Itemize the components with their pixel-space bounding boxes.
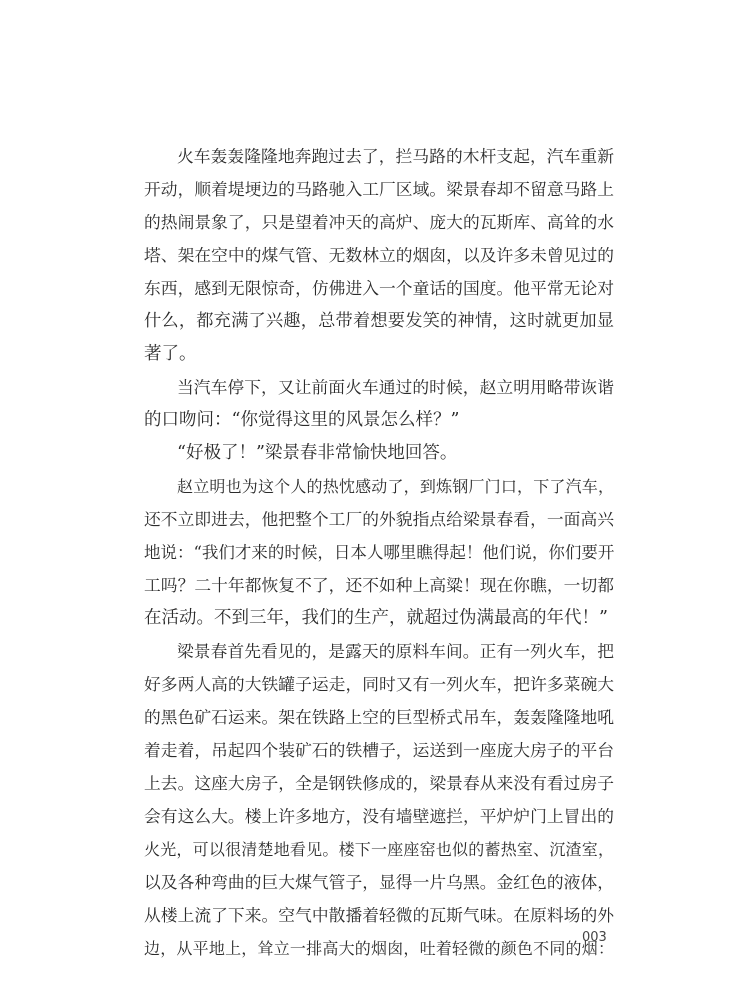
text-line: 的热闹景象了，只是望着冲天的高炉、庞大的瓦斯库、高耸的水 [144, 206, 614, 239]
page-number: 003 [582, 930, 607, 945]
text-line: “好极了！”梁景春非常愉快地回答。 [144, 437, 614, 470]
text-line: 梁景春首先看见的，是露天的原料车间。正有一列火车，把 [144, 635, 614, 668]
body-text: 火车轰轰隆隆地奔跑过去了，拦马路的木杆支起，汽车重新开动，顺着堤埂边的马路驰入工… [144, 140, 614, 965]
text-line: 工吗？二十年都恢复不了，还不如种上高粱！现在你瞧，一切都 [144, 569, 614, 602]
text-line: 火车轰轰隆隆地奔跑过去了，拦马路的木杆支起，汽车重新 [144, 140, 614, 173]
text-line: 赵立明也为这个人的热忱感动了，到炼钢厂门口，下了汽车， [144, 470, 614, 503]
text-line: 什么，都充满了兴趣，总带着想要发笑的神情，这时就更加显 [144, 305, 614, 338]
text-line: 的黑色矿石运来。架在铁路上空的巨型桥式吊车，轰轰隆隆地吼 [144, 701, 614, 734]
text-line: 在活动。不到三年，我们的生产，就超过伪满最高的年代！” [144, 602, 614, 635]
book-page: 火车轰轰隆隆地奔跑过去了，拦马路的木杆支起，汽车重新开动，顺着堤埂边的马路驰入工… [0, 0, 750, 1000]
text-line: 地说：“我们才来的时候，日本人哪里瞧得起！他们说，你们要开 [144, 536, 614, 569]
text-line: 还不立即进去，他把整个工厂的外貌指点给梁景春看，一面高兴 [144, 503, 614, 536]
text-line: 从楼上流了下来。空气中散播着轻微的瓦斯气味。在原料场的外 [144, 899, 614, 932]
text-line: 的口吻问：“你觉得这里的风景怎么样？” [144, 404, 614, 437]
text-line: 着走着，吊起四个装矿石的铁槽子，运送到一座庞大房子的平台 [144, 734, 614, 767]
text-line: 塔、架在空中的煤气管、无数林立的烟囱，以及许多未曾见过的 [144, 239, 614, 272]
text-line: 会有这么大。楼上许多地方，没有墙壁遮拦，平炉炉门上冒出的 [144, 800, 614, 833]
text-line: 东西，感到无限惊奇，仿佛进入一个童话的国度。他平常无论对 [144, 272, 614, 305]
text-line: 以及各种弯曲的巨大煤气管子，显得一片乌黑。金红色的液体， [144, 866, 614, 899]
text-line: 著了。 [144, 338, 614, 371]
text-line: 好多两人高的大铁罐子运走，同时又有一列火车，把许多菜碗大 [144, 668, 614, 701]
text-line: 当汽车停下，又让前面火车通过的时候，赵立明用略带诙谐 [144, 371, 614, 404]
text-line: 开动，顺着堤埂边的马路驰入工厂区域。梁景春却不留意马路上 [144, 173, 614, 206]
text-line: 上去。这座大房子，全是钢铁修成的，梁景春从来没有看过房子 [144, 767, 614, 800]
text-line: 边，从平地上，耸立一排高大的烟囱，吐着轻微的颜色不同的烟： [144, 932, 614, 965]
text-line: 火光，可以很清楚地看见。楼下一座座窑也似的蓄热室、沉渣室， [144, 833, 614, 866]
